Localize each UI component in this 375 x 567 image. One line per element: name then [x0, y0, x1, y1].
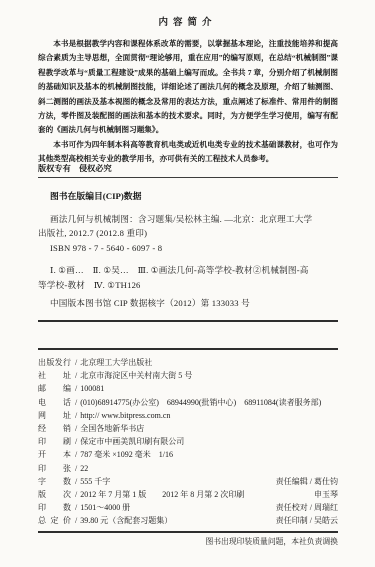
colophon-row-wordcount: 字数/555 千字 责任编辑 / 葛仕钧 [38, 475, 338, 488]
row-separator: / [75, 384, 77, 393]
isbn-number: ISBN 978 - 7 - 5640 - 6097 - 8 [50, 243, 340, 253]
row-label: 印刷 [38, 435, 71, 448]
divider-cip-top [38, 320, 338, 322]
row-value: 787 毫米 ×1092 毫米 1/16 [80, 450, 173, 459]
row-value: 22 [80, 464, 88, 473]
colophon-row-postcode: 邮编/100081 [38, 382, 338, 395]
row-label: 字数 [38, 475, 71, 488]
copyright-notice: 版权专有 侵权必究 [38, 163, 338, 174]
colophon-row-distribution: 经销/全国各地新华书店 [38, 422, 338, 435]
colophon-row-edition: 版次/2012 年 7 月第 1 版 2012 年 8 月第 2 次印刷 申玉琴 [38, 488, 338, 501]
colophon-row-address: 社址/北京市海淀区中关村南大街 5 号 [38, 369, 338, 382]
colophon-row-publisher: 出版发行/北京理工大学出版社 [38, 356, 338, 369]
cip-classification-line-1: Ⅰ. ①画… Ⅱ. ①吴… Ⅲ. ①画法几何-高等学校-教材②机械制图-高 [50, 264, 340, 276]
row-separator: / [75, 450, 77, 459]
row-separator: / [75, 490, 77, 499]
cip-entry-line-2: 出版社, 2012.7 (2012.8 重印) [38, 227, 338, 239]
row-label: 开本 [38, 448, 71, 461]
row-value: (010)68914775(办公室) 68944990(批销中心) 689110… [80, 398, 321, 407]
colophon: 出版发行/北京理工大学出版社 社址/北京市海淀区中关村南大街 5 号 邮编/10… [38, 356, 338, 527]
row-separator: / [75, 371, 77, 380]
cip-entry-line-1: 画法几何与机械制图：含习题集/吴松林主编. —北京：北京理工大学 [50, 213, 340, 225]
row-value: 全国各地新华书店 [80, 424, 144, 433]
colophon-row-printer: 印刷/保定市中画美凯印刷有限公司 [38, 435, 338, 448]
content-summary: 本书是根据教学内容和课程体系改革的需要，以掌握基本理论，注重技能培养和提高综合素… [38, 37, 338, 167]
row-separator: / [75, 477, 77, 486]
row-value: 555 千字 [80, 477, 110, 486]
divider-copyright [38, 177, 338, 178]
colophon-row-price: 总定价/39.80 元（含配套习题集） 责任印制 / 吴皓云 [38, 514, 338, 527]
row-separator: / [75, 516, 77, 525]
row-value: 1501～4000 册 [80, 503, 130, 512]
row-value: 北京理工大学出版社 [80, 358, 152, 367]
row-label: 电话 [38, 396, 71, 409]
colophon-row-format: 开本/787 毫米 ×1092 毫米 1/16 [38, 448, 338, 461]
row-label: 邮编 [38, 382, 71, 395]
row-label: 网址 [38, 409, 71, 422]
cip-heading: 图书在版编目(CIP)数据 [50, 189, 141, 202]
row-value: http:// www.bitpress.com.cn [80, 411, 170, 420]
colophon-row-sheets: 印张/22 [38, 462, 338, 475]
divider-cip-bottom [38, 348, 338, 350]
row-separator: / [75, 437, 77, 446]
row-label: 版次 [38, 488, 71, 501]
content-summary-title: 内容简介 [0, 14, 375, 28]
quality-replacement-note: 图书出现印装质量问题，本社负责调换 [38, 536, 338, 547]
responsible-proofreader: 责任校对 / 周瑞红 [276, 501, 338, 514]
row-value: 2012 年 7 月第 1 版 2012 年 8 月第 2 次印刷 [80, 490, 244, 499]
row-label: 总定价 [38, 514, 71, 527]
row-label: 印张 [38, 462, 71, 475]
row-value: 保定市中画美凯印刷有限公司 [80, 437, 184, 446]
row-separator: / [75, 424, 77, 433]
row-label: 出版发行 [38, 356, 71, 369]
row-separator: / [75, 398, 77, 407]
row-label: 印数 [38, 501, 71, 514]
row-separator: / [75, 503, 77, 512]
row-separator: / [75, 411, 77, 420]
colophon-row-printrun: 印数/1501～4000 册 责任校对 / 周瑞红 [38, 501, 338, 514]
row-label: 社址 [38, 369, 71, 382]
colophon-row-phone: 电话/(010)68914775(办公室) 68944990(批销中心) 689… [38, 396, 338, 409]
colophon-row-website: 网址/http:// www.bitpress.com.cn [38, 409, 338, 422]
cip-classification-line-2: 等学校-教材 Ⅳ. ①TH126 [38, 279, 338, 291]
row-value: 100081 [80, 384, 104, 393]
row-value: 39.80 元（含配套习题集） [80, 516, 172, 525]
cip-registry-number: 中国版本图书馆 CIP 数据核字（2012）第 133033 号 [50, 297, 340, 309]
row-separator: / [75, 358, 77, 367]
responsible-editor: 责任编辑 / 葛仕钧 [276, 475, 338, 488]
responsible-editor-2: 申玉琴 [314, 488, 338, 501]
responsible-printing: 责任印制 / 吴皓云 [276, 514, 338, 527]
row-value: 北京市海淀区中关村南大街 5 号 [80, 371, 192, 380]
row-separator: / [75, 464, 77, 473]
summary-paragraph-1: 本书是根据教学内容和课程体系改革的需要，以掌握基本理论，注重技能培养和提高综合素… [38, 37, 338, 138]
row-label: 经销 [38, 422, 71, 435]
divider-footer [38, 531, 338, 533]
